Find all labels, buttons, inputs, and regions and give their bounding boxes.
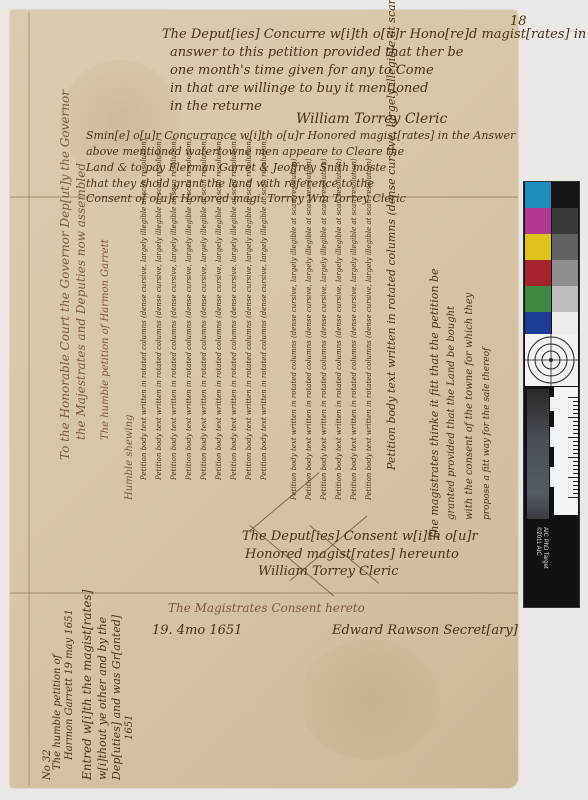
target-label-line: ©2011 AIC (534, 527, 541, 569)
body-column: Petition body text written in rotated co… (335, 158, 344, 500)
body-column: Petition body text written in rotated co… (215, 138, 224, 480)
docket-line: The humble petition of (52, 655, 63, 770)
signature: Edward Rawson Secret[ary] (332, 622, 518, 639)
address-line: To the Honorable Court the Governor Dep[… (58, 90, 72, 460)
body-column: Petition body text written in rotated co… (245, 138, 254, 480)
note-line: granted provided that the Land be bought (446, 306, 457, 520)
fold-line-vertical (28, 12, 30, 786)
gray-swatch (552, 234, 578, 260)
gray-swatch (552, 182, 578, 208)
opening-line: Humble shewing (124, 415, 135, 500)
color-swatch-red (525, 260, 551, 286)
body-column: Petition body text written in rotated co… (365, 158, 374, 500)
body-column: Petition body text written in rotated co… (320, 158, 329, 500)
body-column: Petition body text written in rotated co… (140, 138, 149, 480)
body-column: Petition body text written in rotated co… (185, 138, 194, 480)
color-swatch-yellow (525, 234, 551, 260)
body-column: Petition body text written in rotated co… (385, 0, 398, 470)
note-line: The magistrates thinke it fitt that the … (428, 269, 441, 541)
color-swatch-cyan (525, 182, 551, 208)
text-line: answer to this petition provided that th… (170, 44, 464, 61)
paper-stain (300, 640, 440, 760)
address-line: the Majestrates and Deputies now assembl… (74, 163, 88, 440)
note-line: with the consent of the towne for which … (464, 293, 475, 520)
signature: William Torrey Cleric (296, 111, 447, 128)
dark-gray-strip (527, 389, 549, 519)
bullseye-icon (525, 334, 578, 386)
text-line: The Magistrates Consent hereto (168, 600, 365, 617)
docket-line: Entred w[i]th the magist[rates] (80, 590, 94, 780)
target-label: AIC PhD Target ©2011 AIC (534, 527, 548, 569)
body-column: Petition body text written in rotated co… (260, 138, 269, 480)
text-line: in the returne (170, 98, 262, 115)
gray-swatch (552, 286, 578, 312)
body-column: Petition body text written in rotated co… (350, 158, 359, 500)
color-swatch-green (525, 286, 551, 312)
body-column: Petition body text written in rotated co… (305, 158, 314, 500)
docket-line: Dep[uties] and was Gr[anted] (110, 615, 123, 780)
docket-line: 1651 (124, 715, 135, 740)
text-line: The Deput[ies] Concurre w[i]th o[u]r Hon… (162, 26, 586, 43)
gray-swatch (552, 260, 578, 286)
text-line: William Torrey Cleric (258, 563, 399, 580)
target-label-line: AIC PhD Target (541, 527, 548, 569)
docket-line: Harmon Garrett 19 may 1651 (64, 609, 75, 760)
gray-swatch (552, 208, 578, 234)
text-line: Smin[e] o[u]r Concurrance w[i]th o[u]r H… (86, 127, 515, 144)
petitioner-line: The humble petition of Harmon Garrett (100, 239, 111, 440)
color-calibration-target: AIC PhD Target ©2011 AIC (523, 181, 580, 608)
body-column: Petition body text written in rotated co… (200, 138, 209, 480)
docket-line: w[i]thout ye other and by the (96, 617, 109, 780)
text-line: The Deput[ies] Consent w[i]th o[u]r (242, 528, 478, 545)
ruler-scale (554, 387, 578, 515)
note-line: propose a fitt way for the sale thereof (482, 348, 492, 521)
body-column: Petition body text written in rotated co… (230, 138, 239, 480)
body-column: Petition body text written in rotated co… (170, 138, 179, 480)
date: 19. 4mo 1651 (152, 622, 242, 639)
body-column: Petition body text written in rotated co… (290, 158, 299, 500)
body-column: Petition body text written in rotated co… (155, 138, 164, 480)
color-swatch-magenta (525, 208, 551, 234)
